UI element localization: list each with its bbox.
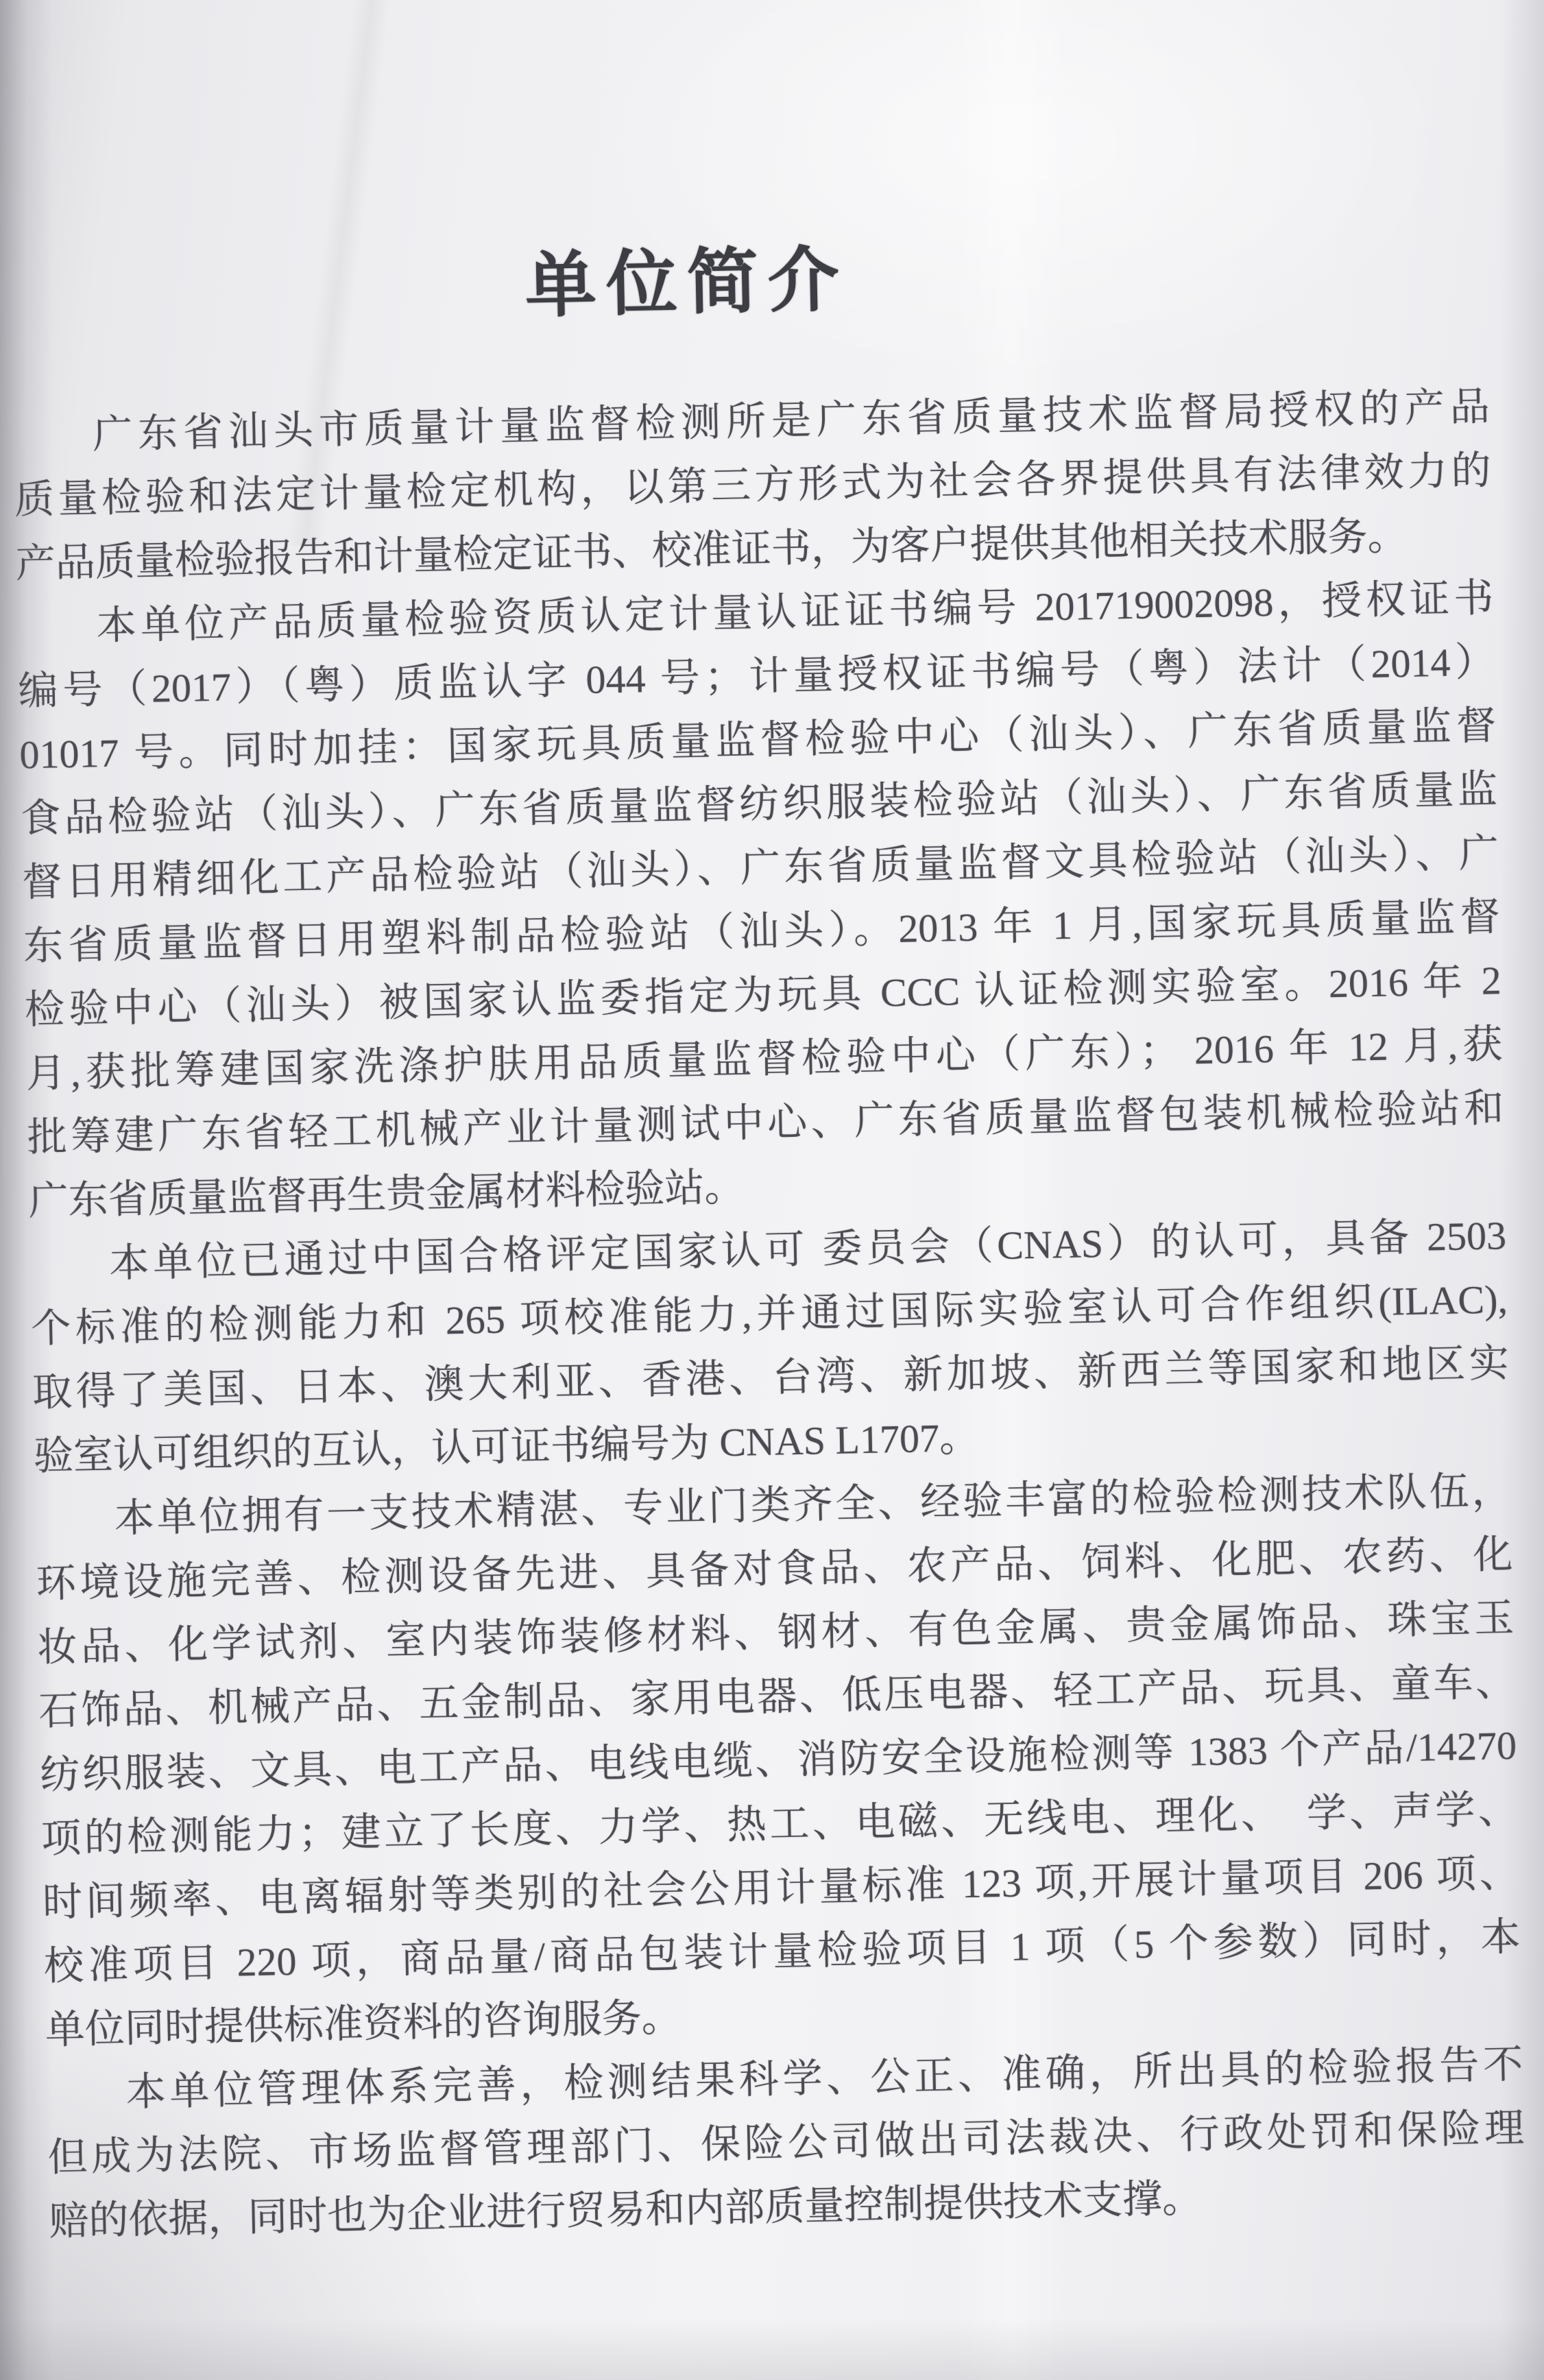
- paragraph-3: 本单位已通过中国合格评定国家认可 委员会（CNAS）的认可，具备 2503 个标…: [29, 1203, 1511, 1488]
- scan-bottom-shadow: [0, 2318, 1544, 2380]
- paragraph-1: 广东省汕头市质量计量监督检测所是广东省质量技术监督局授权的产品 质量检验和法定计…: [12, 374, 1493, 595]
- paragraph-4: 本单位拥有一支技术精湛、专业门类齐全、经验丰富的检验检测技术队伍， 环境设施完善…: [34, 1458, 1522, 2062]
- intro-document: 单位简介 广东省汕头市质量计量监督检测所是广东省质量技术监督局授权的产品 质量检…: [9, 208, 1526, 2253]
- paragraph-2: 本单位产品质量检验资质认定计量认证证书编号 201719002098，授权证书 …: [16, 566, 1506, 1233]
- page-title: 单位简介: [0, 210, 1426, 342]
- paragraph-5: 本单位管理体系完善，检测结果科学、公正、准确，所出具的检验报告不 但成为法院、市…: [46, 2032, 1526, 2253]
- scanned-page: 单位简介 广东省汕头市质量计量监督检测所是广东省质量技术监督局授权的产品 质量检…: [0, 0, 1544, 2380]
